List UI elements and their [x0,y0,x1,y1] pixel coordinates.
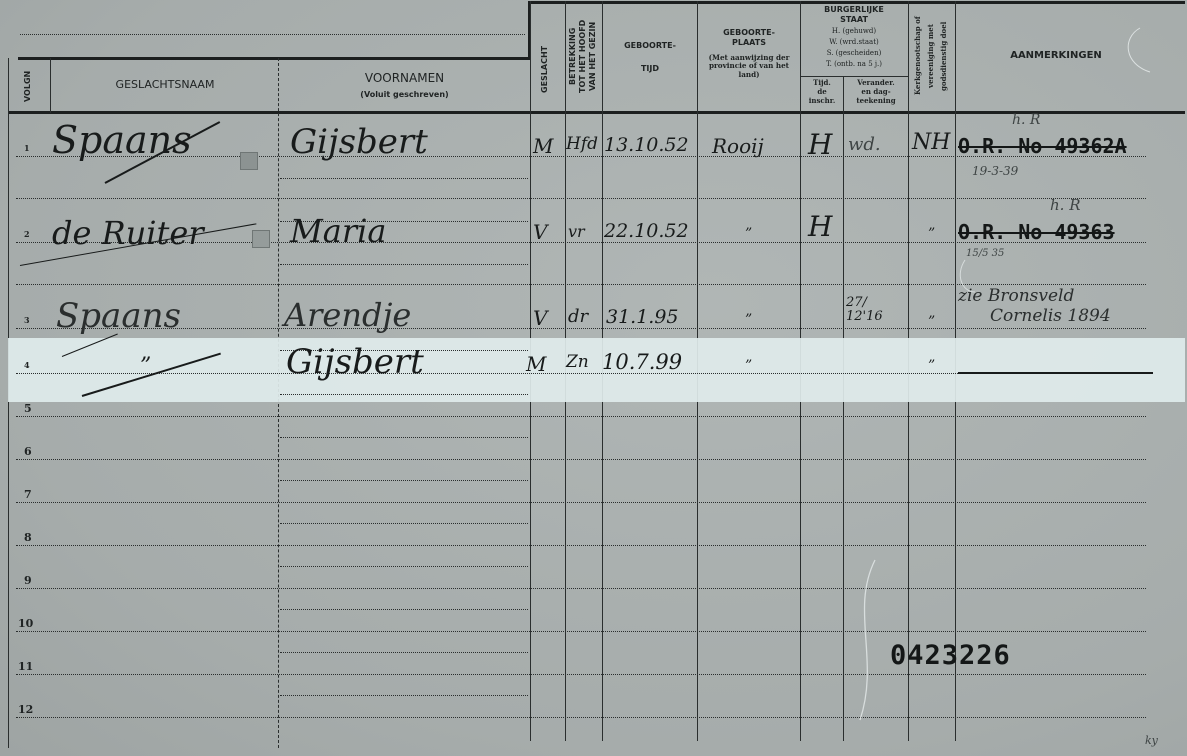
paper-crease-decoration [0,0,1187,756]
registration-card: VOLGN GESLACHTSNAAM VOORNAMEN (Voluit ge… [0,0,1187,756]
